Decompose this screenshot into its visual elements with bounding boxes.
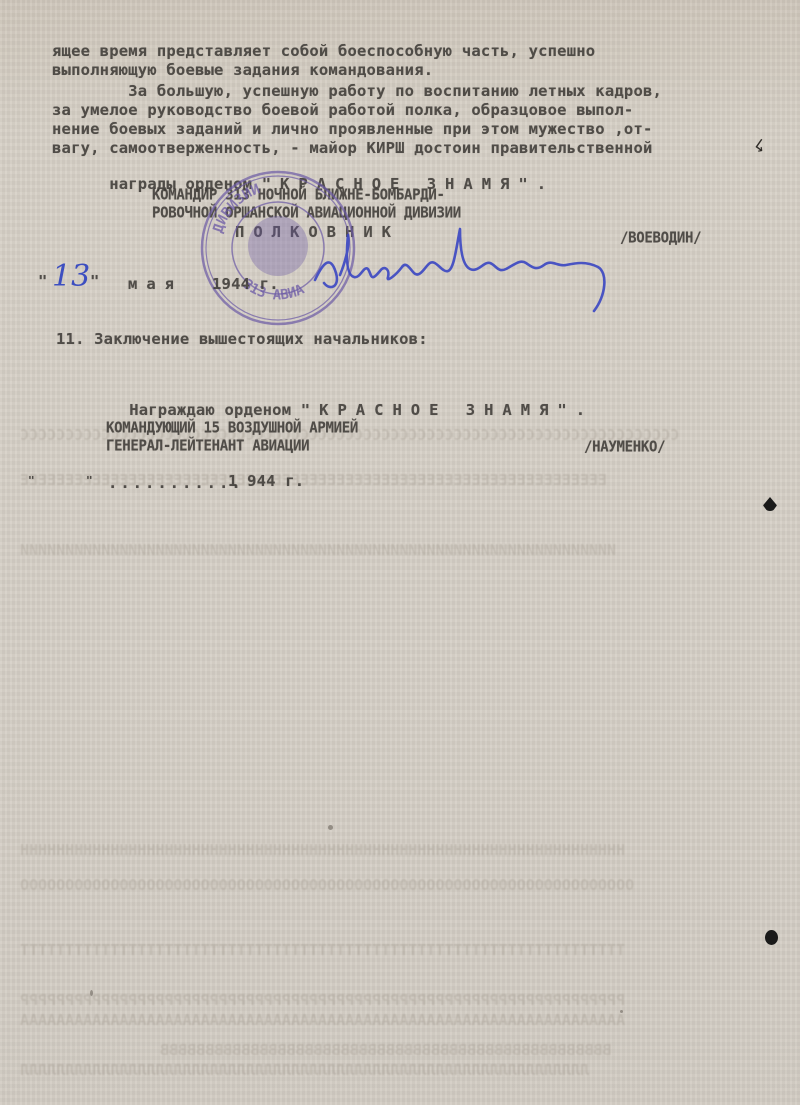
body-line: за умелое руководство боевой работой пол…: [52, 101, 633, 119]
date-month: мая: [128, 275, 183, 293]
margin-mark-icon: ↳: [750, 135, 771, 158]
paper-speck: [328, 825, 333, 830]
decision-order-name: "КРАСНОЕ ЗНАМЯ".: [301, 401, 594, 419]
punch-hole-icon: [763, 497, 777, 511]
army-date-year: 1 944 г.: [228, 472, 304, 490]
army-commander-name: /НАУМЕНКО/: [584, 437, 665, 457]
body-line: ящее время представляет собой боеспособн…: [52, 42, 595, 60]
decision-prefix: Награждаю орденом: [129, 401, 301, 419]
body-line: выполняющую боевые задания командования.: [52, 61, 433, 79]
bleed-through-text: ИИИИИИИИИИИИИИИИИИИИИИИИИИИИИИИИИИИИИИИИ…: [20, 540, 616, 560]
commander-name: /ВОЕВОДИН/: [620, 228, 701, 248]
bleed-through-text: АААААААААААААААААААААААААААААААААААААААА…: [20, 1010, 625, 1030]
paper-speck: [620, 1010, 623, 1013]
date-quote-close: ": [90, 272, 100, 290]
army-date-blank: ...........: [108, 474, 244, 492]
army-date-quote-open: ": [28, 472, 35, 490]
army-date-quote-close: ": [86, 472, 93, 490]
army-commander-title-2: ГЕНЕРАЛ-ЛЕЙТЕНАНТ АВИАЦИИ: [106, 436, 309, 456]
archival-document-page: СССССССССССССССССССССССССССССССССССССССС…: [0, 0, 800, 1105]
bleed-through-text: РРРРРРРРРРРРРРРРРРРРРРРРРРРРРРРРРРРРРРРР…: [20, 990, 625, 1010]
section-11-heading: 11. Заключение вышестоящих начальников:: [56, 330, 428, 348]
bleed-through-text: ТТТТТТТТТТТТТТТТТТТТТТТТТТТТТТТТТТТТТТТТ…: [20, 940, 625, 960]
signature-icon: [310, 225, 615, 320]
bleed-through-text: ВВВВВВВВВВВВВВВВВВВВВВВВВВВВВВВВВВВВВВВВ…: [160, 1040, 612, 1060]
punch-hole-icon: [765, 930, 778, 945]
body-line: вагу, самоотверженность, - майор КИРШ до…: [52, 139, 653, 157]
body-line: нение боевых заданий и лично проявленные…: [52, 120, 653, 138]
bleed-through-text: ЛЛЛЛЛЛЛЛЛЛЛЛЛЛЛЛЛЛЛЛЛЛЛЛЛЛЛЛЛЛЛЛЛЛЛЛЛЛЛЛ…: [20, 1060, 589, 1080]
date-day-handwritten: 13: [52, 262, 90, 292]
date-quote-open: ": [38, 272, 48, 290]
body-line: За большую, успешную работу по воспитани…: [52, 82, 662, 100]
army-commander-title-1: КОМАНДУЮЩИЙ 15 ВОЗДУШНОЙ АРМИЕЙ: [106, 418, 358, 438]
bleed-through-text: НННННННННННННННННННННННННННННННННННННННН…: [20, 840, 625, 860]
paper-speck: [90, 990, 93, 996]
bleed-through-text: ОООООООООООООООООООООООООООООООООООООООО…: [20, 875, 634, 895]
date-year: 1944 г.: [212, 275, 279, 293]
